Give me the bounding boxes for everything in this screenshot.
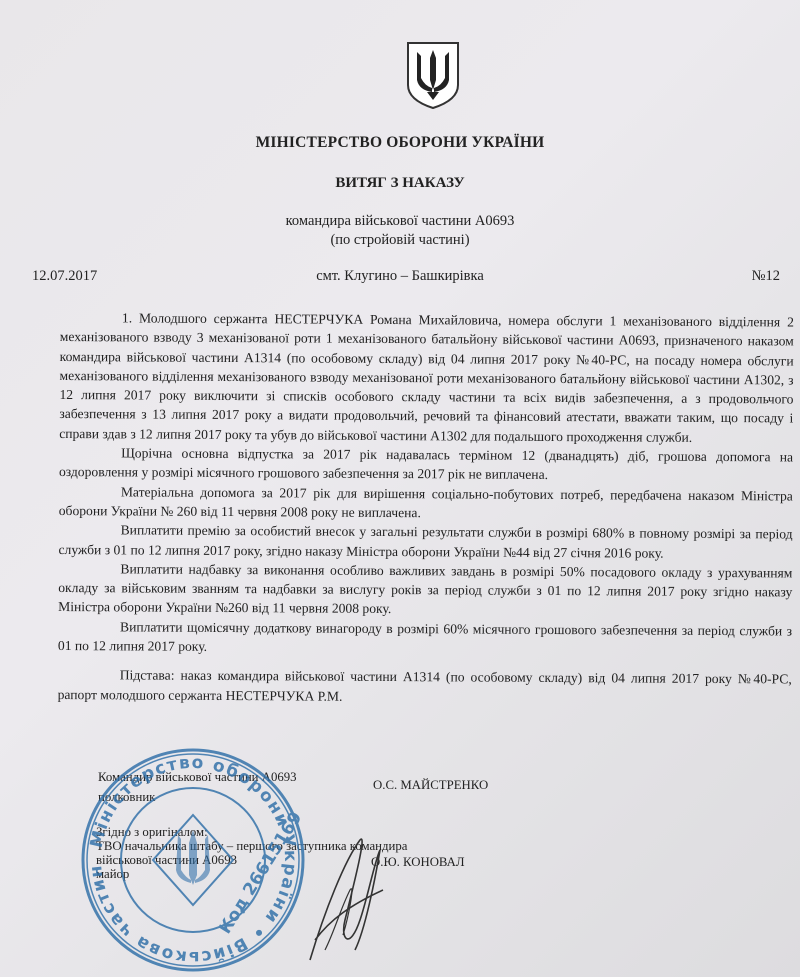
document-number: №12: [752, 268, 780, 285]
document-title: ВИТЯГ З НАКАЗУ: [0, 175, 800, 192]
order-paragraph: 1. Молодшого сержанта НЕСТЕРЧУКА Романа …: [59, 308, 794, 448]
ministry-heading: МІНІСТЕРСТВО ОБОРОНИ УКРАЇНИ: [0, 134, 800, 152]
order-paragraph: Виплатити премію за особистий внесок у з…: [58, 520, 792, 563]
handwritten-signature-icon: [305, 820, 385, 970]
issuer-subline: (по стройовій частині): [0, 231, 800, 250]
document-place: смт. Клугино – Башкирівка: [0, 268, 800, 285]
official-stamp-icon: Міністерство оборони України • Військова…: [78, 745, 308, 975]
document-page: МІНІСТЕРСТВО ОБОРОНИ УКРАЇНИ ВИТЯГ З НАК…: [0, 0, 800, 977]
order-paragraph: Виплатити надбавку за виконання особливо…: [58, 559, 792, 621]
order-paragraph: Виплатити щомісячну додаткову винагороду…: [58, 617, 792, 660]
order-paragraph: Щорічна основна відпустка за 2017 рік на…: [59, 443, 793, 486]
document-date: 12.07.2017: [32, 268, 97, 285]
copy-signer-name: О.Ю. КОНОВАЛ: [371, 855, 465, 870]
order-paragraph: Матеріальна допомога за 2017 рік для вир…: [59, 482, 793, 525]
issuer-line: командира військової частини А0693: [0, 212, 800, 231]
order-basis: Підстава: наказ командира військової час…: [58, 665, 792, 708]
tryzub-coat-of-arms-icon: [405, 40, 461, 110]
commander-name: О.С. МАЙСТРЕНКО: [373, 778, 488, 793]
order-body: 1. Молодшого сержанта НЕСТЕРЧУКА Романа …: [58, 308, 794, 708]
issuer-block: командира військової частини А0693 (по с…: [0, 212, 800, 250]
